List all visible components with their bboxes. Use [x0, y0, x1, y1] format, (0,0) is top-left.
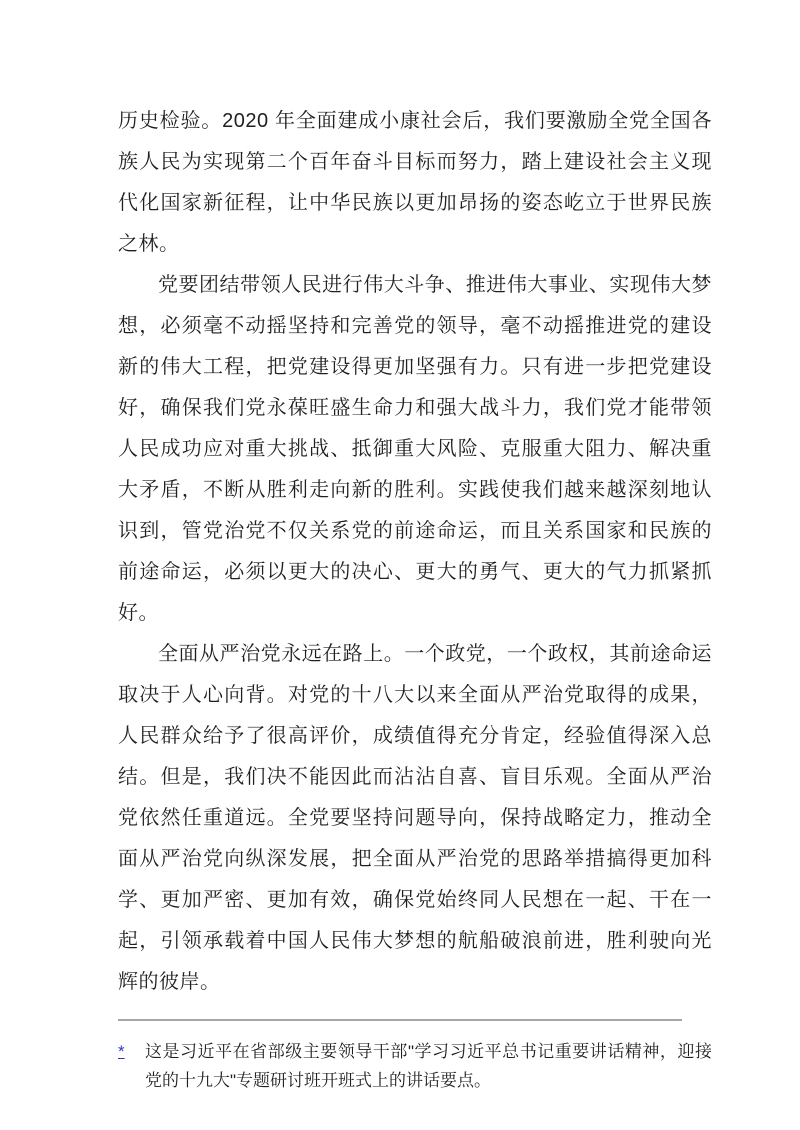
footnote: * 这是习近平在省部级主要领导干部"学习习近平总书记重要讲话精神，迎接党的十九大… — [118, 1037, 712, 1095]
document-body: 历史检验。2020 年全面建成小康社会后，我们要激励全党全国各族人民为实现第二个… — [118, 0, 712, 1003]
body-paragraph: 历史检验。2020 年全面建成小康社会后，我们要激励全党全国各族人民为实现第二个… — [118, 101, 712, 265]
footnote-separator — [118, 1019, 682, 1021]
body-paragraph: 全面从严治党永远在路上。一个政党，一个政权，其前途命运取决于人心向背。对党的十八… — [118, 634, 712, 1003]
footnote-marker-link[interactable]: * — [118, 1037, 145, 1066]
document-page: 历史检验。2020 年全面建成小康社会后，我们要激励全党全国各族人民为实现第二个… — [0, 0, 800, 1130]
body-paragraph: 党要团结带领人民进行伟大斗争、推进伟大事业、实现伟大梦想，必须毫不动摇坚持和完善… — [118, 265, 712, 634]
footnote-text: 这是习近平在省部级主要领导干部"学习习近平总书记重要讲话精神，迎接党的十九大"专… — [145, 1037, 712, 1095]
